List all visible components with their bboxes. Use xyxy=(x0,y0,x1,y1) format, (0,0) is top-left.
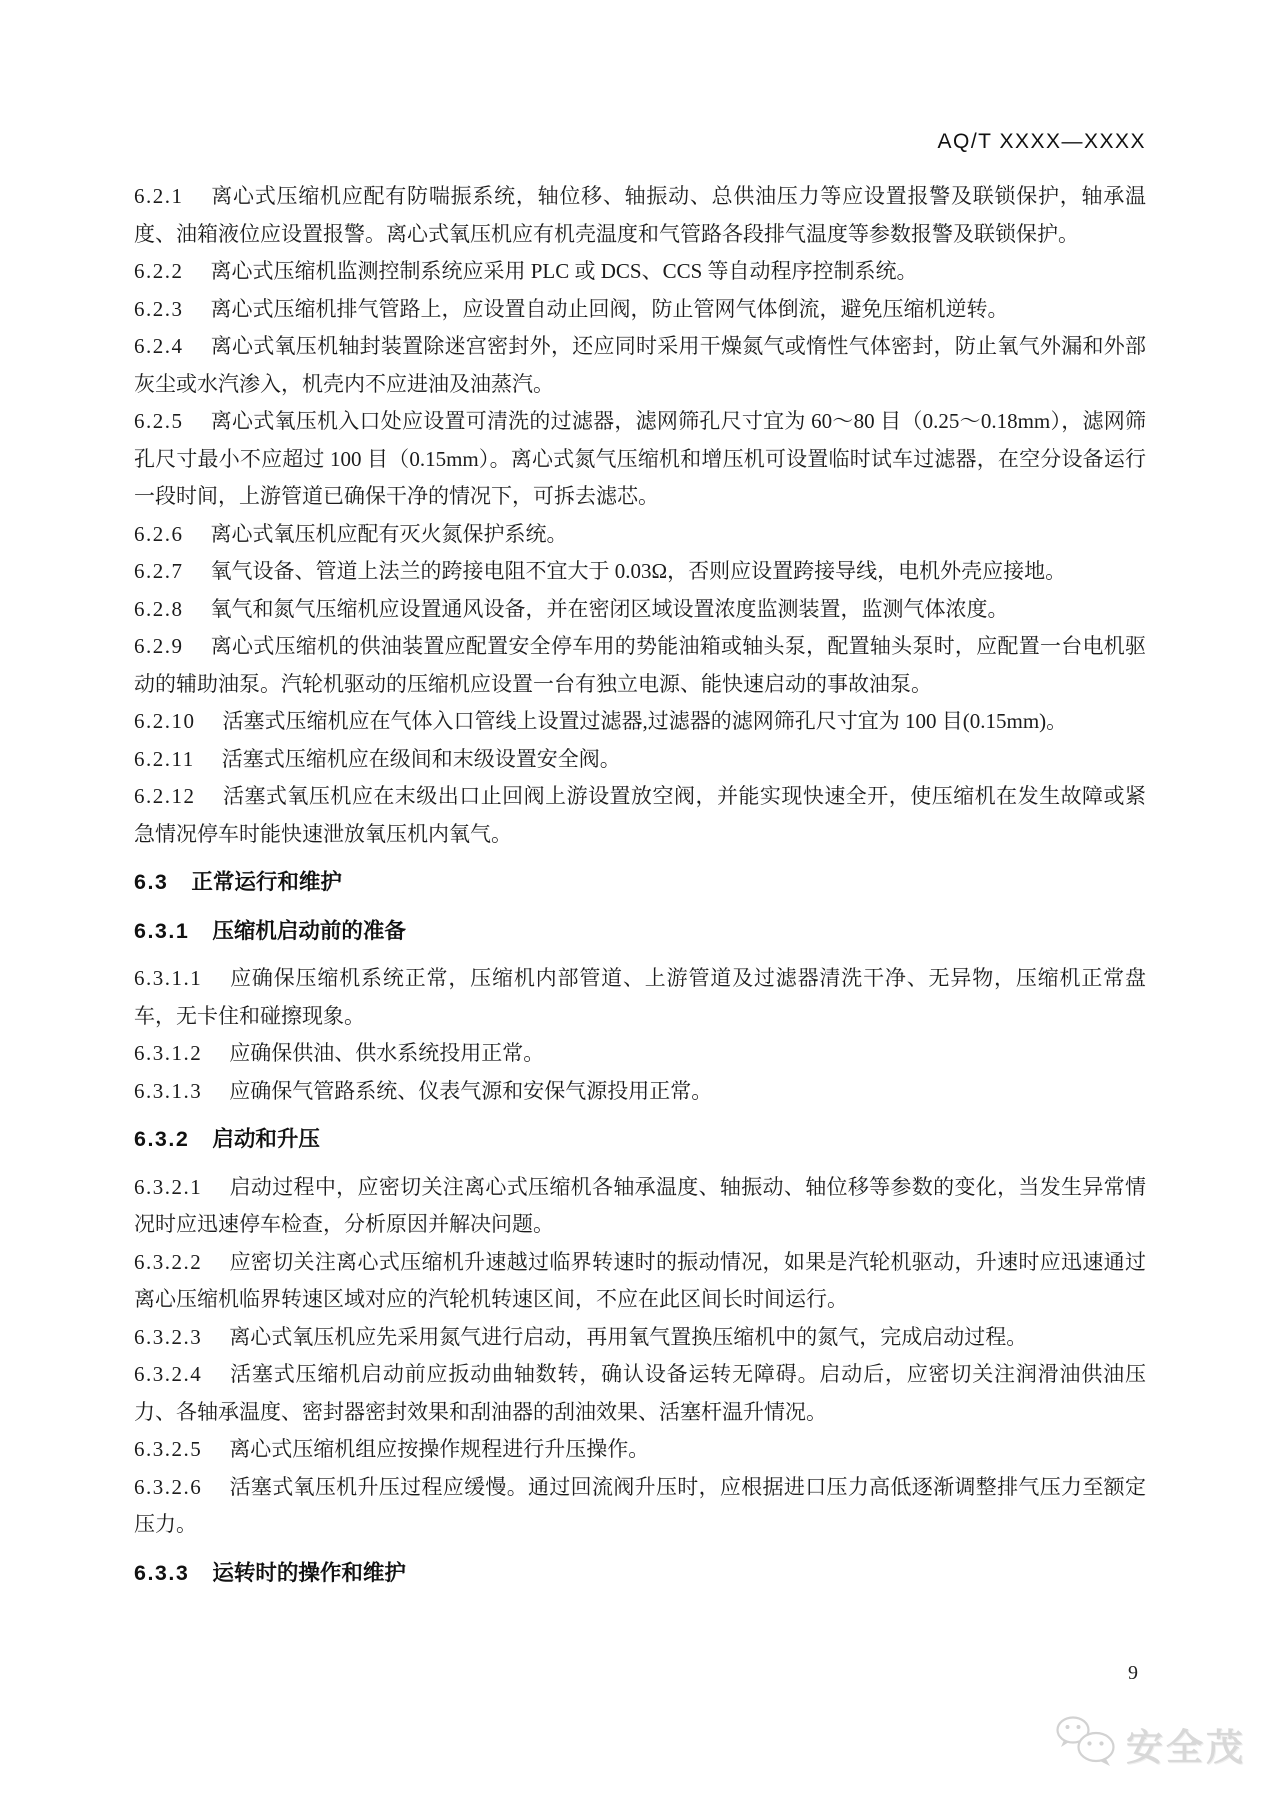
clause-6-2-6: 6.2.6离心式氧压机应配有灭火氮保护系统。 xyxy=(134,516,1146,554)
clause-6-3-1-3: 6.3.1.3应确保气管路系统、仪表气源和安保气源投用正常。 xyxy=(134,1073,1146,1111)
clause-number: 6.2.11 xyxy=(134,741,195,779)
watermark: 安全茂 xyxy=(1054,1714,1246,1773)
page-number: 9 xyxy=(1128,1662,1138,1685)
heading-number: 6.3.2 xyxy=(134,1121,189,1159)
clause-number: 6.3.1.3 xyxy=(134,1073,202,1111)
clause-text: 离心式压缩机监测控制系统应采用 PLC 或 DCS、CCS 等自动程序控制系统。 xyxy=(211,259,918,283)
clause-number: 6.2.5 xyxy=(134,403,184,441)
clause-6-3-2-6: 6.3.2.6活塞式氧压机升压过程应缓慢。通过回流阀升压时，应根据进口压力高低逐… xyxy=(134,1469,1146,1544)
section-heading-6-3: 6.3正常运行和维护 xyxy=(134,864,1146,902)
clause-6-2-5: 6.2.5离心式氧压机入口处应设置可清洗的过滤器，滤网筛孔尺寸宜为 60～80 … xyxy=(134,403,1146,516)
clause-number: 6.2.3 xyxy=(134,291,184,329)
section-heading-6-3-3: 6.3.3运转时的操作和维护 xyxy=(134,1555,1146,1593)
heading-text: 正常运行和维护 xyxy=(191,870,342,894)
clause-6-3-2-3: 6.3.2.3离心式氧压机应先采用氮气进行启动，再用氧气置换压缩机中的氮气，完成… xyxy=(134,1319,1146,1357)
section-heading-6-3-1: 6.3.1压缩机启动前的准备 xyxy=(134,913,1146,951)
clause-6-3-2-4: 6.3.2.4活塞式压缩机启动前应扳动曲轴数转，确认设备运转无障碍。启动后，应密… xyxy=(134,1356,1146,1431)
clause-number: 6.3.1.1 xyxy=(134,960,202,998)
clause-number: 6.2.2 xyxy=(134,253,184,291)
clause-number: 6.3.1.2 xyxy=(134,1035,202,1073)
wechat-icon xyxy=(1054,1714,1118,1773)
clause-text: 离心式氧压机应配有灭火氮保护系统。 xyxy=(211,522,568,546)
clause-6-2-12: 6.2.12活塞式氧压机应在末级出口止回阀上游设置放空阀，并能实现快速全开，使压… xyxy=(134,778,1146,853)
clause-number: 6.2.6 xyxy=(134,516,184,554)
clause-number: 6.3.2.1 xyxy=(134,1169,202,1207)
section-heading-6-3-2: 6.3.2启动和升压 xyxy=(134,1121,1146,1159)
clause-number: 6.2.1 xyxy=(134,178,184,216)
clause-text: 离心式压缩机排气管路上，应设置自动止回阀，防止管网气体倒流，避免压缩机逆转。 xyxy=(211,297,1009,321)
clause-6-3-1-2: 6.3.1.2应确保供油、供水系统投用正常。 xyxy=(134,1035,1146,1073)
clause-6-2-10: 6.2.10活塞式压缩机应在气体入口管线上设置过滤器,过滤器的滤网筛孔尺寸宜为 … xyxy=(134,703,1146,741)
clause-text: 活塞式压缩机应在气体入口管线上设置过滤器,过滤器的滤网筛孔尺寸宜为 100 目(… xyxy=(223,709,1068,733)
clause-text: 氧气设备、管道上法兰的跨接电阻不宜大于 0.03Ω，否则应设置跨接导线，电机外壳… xyxy=(211,559,1067,583)
clause-number: 6.3.2.5 xyxy=(134,1431,202,1469)
clause-6-2-2: 6.2.2离心式压缩机监测控制系统应采用 PLC 或 DCS、CCS 等自动程序… xyxy=(134,253,1146,291)
clause-text: 离心式压缩机应配有防喘振系统，轴位移、轴振动、总供油压力等应设置报警及联锁保护，… xyxy=(134,184,1146,246)
clause-6-2-3: 6.2.3离心式压缩机排气管路上，应设置自动止回阀，防止管网气体倒流，避免压缩机… xyxy=(134,291,1146,329)
clause-text: 离心式氧压机轴封装置除迷宫密封外，还应同时采用干燥氮气或惰性气体密封，防止氧气外… xyxy=(134,334,1146,396)
heading-text: 压缩机启动前的准备 xyxy=(212,919,406,943)
clause-6-2-4: 6.2.4离心式氧压机轴封装置除迷宫密封外，还应同时采用干燥氮气或惰性气体密封，… xyxy=(134,328,1146,403)
clause-number: 6.2.12 xyxy=(134,778,196,816)
clause-number: 6.2.8 xyxy=(134,591,184,629)
clause-text: 应确保压缩机系统正常，压缩机内部管道、上游管道及过滤器清洗干净、无异物，压缩机正… xyxy=(134,966,1146,1028)
document-body: 6.2.1离心式压缩机应配有防喘振系统，轴位移、轴振动、总供油压力等应设置报警及… xyxy=(134,178,1146,1592)
clause-6-2-9: 6.2.9离心式压缩机的供油装置应配置安全停车用的势能油箱或轴头泵，配置轴头泵时… xyxy=(134,628,1146,703)
document-code-header: AQ/T XXXX—XXXX xyxy=(134,130,1146,154)
clause-text: 应确保供油、供水系统投用正常。 xyxy=(229,1041,544,1065)
clause-text: 应密切关注离心式压缩机升速越过临界转速时的振动情况，如果是汽轮机驱动，升速时应迅… xyxy=(134,1250,1146,1312)
clause-number: 6.2.7 xyxy=(134,553,184,591)
clause-6-3-2-2: 6.3.2.2应密切关注离心式压缩机升速越过临界转速时的振动情况，如果是汽轮机驱… xyxy=(134,1244,1146,1319)
clause-text: 离心式氧压机入口处应设置可清洗的过滤器，滤网筛孔尺寸宜为 60～80 目（0.2… xyxy=(134,409,1146,508)
clause-6-2-11: 6.2.11活塞式压缩机应在级间和末级设置安全阀。 xyxy=(134,741,1146,779)
clause-number: 6.3.2.6 xyxy=(134,1469,202,1507)
clause-text: 离心式压缩机的供油装置应配置安全停车用的势能油箱或轴头泵，配置轴头泵时，应配置一… xyxy=(134,634,1146,696)
heading-text: 运转时的操作和维护 xyxy=(212,1561,406,1585)
clause-6-2-8: 6.2.8氧气和氮气压缩机应设置通风设备，并在密闭区域设置浓度监测装置，监测气体… xyxy=(134,591,1146,629)
clause-number: 6.3.2.4 xyxy=(134,1356,202,1394)
clause-6-2-7: 6.2.7氧气设备、管道上法兰的跨接电阻不宜大于 0.03Ω，否则应设置跨接导线… xyxy=(134,553,1146,591)
clause-text: 活塞式氧压机升压过程应缓慢。通过回流阀升压时，应根据进口压力高低逐渐调整排气压力… xyxy=(134,1475,1146,1537)
clause-6-3-2-5: 6.3.2.5离心式压缩机组应按操作规程进行升压操作。 xyxy=(134,1431,1146,1469)
clause-text: 离心式压缩机组应按操作规程进行升压操作。 xyxy=(229,1437,649,1461)
heading-text: 启动和升压 xyxy=(212,1127,320,1151)
clause-number: 6.2.10 xyxy=(134,703,196,741)
clause-text: 活塞式氧压机应在末级出口止回阀上游设置放空阀，并能实现快速全开，使压缩机在发生故… xyxy=(134,784,1146,846)
watermark-text: 安全茂 xyxy=(1126,1717,1246,1771)
clause-text: 活塞式压缩机应在级间和末级设置安全阀。 xyxy=(222,747,621,771)
clause-text: 应确保气管路系统、仪表气源和安保气源投用正常。 xyxy=(229,1079,712,1103)
heading-number: 6.3.1 xyxy=(134,913,189,951)
clause-text: 活塞式压缩机启动前应扳动曲轴数转，确认设备运转无障碍。启动后，应密切关注润滑油供… xyxy=(134,1362,1146,1424)
clause-text: 启动过程中，应密切关注离心式压缩机各轴承温度、轴振动、轴位移等参数的变化，当发生… xyxy=(134,1175,1146,1237)
clause-6-2-1: 6.2.1离心式压缩机应配有防喘振系统，轴位移、轴振动、总供油压力等应设置报警及… xyxy=(134,178,1146,253)
clause-number: 6.2.9 xyxy=(134,628,184,666)
document-page: AQ/T XXXX—XXXX 6.2.1离心式压缩机应配有防喘振系统，轴位移、轴… xyxy=(0,0,1280,1810)
heading-number: 6.3.3 xyxy=(134,1555,189,1593)
clause-text: 氧气和氮气压缩机应设置通风设备，并在密闭区域设置浓度监测装置，监测气体浓度。 xyxy=(211,597,1009,621)
clause-6-3-1-1: 6.3.1.1应确保压缩机系统正常，压缩机内部管道、上游管道及过滤器清洗干净、无… xyxy=(134,960,1146,1035)
clause-number: 6.3.2.2 xyxy=(134,1244,202,1282)
heading-number: 6.3 xyxy=(134,864,168,902)
clause-number: 6.2.4 xyxy=(134,328,184,366)
clause-6-3-2-1: 6.3.2.1启动过程中，应密切关注离心式压缩机各轴承温度、轴振动、轴位移等参数… xyxy=(134,1169,1146,1244)
clause-number: 6.3.2.3 xyxy=(134,1319,202,1357)
clause-text: 离心式氧压机应先采用氮气进行启动，再用氧气置换压缩机中的氮气，完成启动过程。 xyxy=(229,1325,1027,1349)
